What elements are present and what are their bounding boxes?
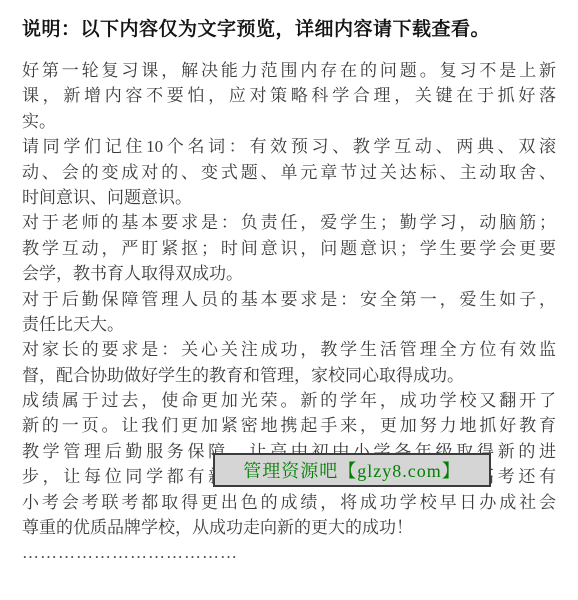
text-line: 尊重的优质品牌学校，从成功走向新的更大的成功！ bbox=[22, 515, 556, 540]
text-line: 会学，教书育人取得双成功。 bbox=[22, 261, 556, 286]
document-preview-page: 说明：以下内容仅为文字预览，详细内容请下载查看。 好第一轮复习课，解决能力范围内… bbox=[0, 0, 578, 600]
text-line: 小考会考联考都取得更出色的成绩，将成功学校早日办成社会 bbox=[22, 490, 556, 515]
text-line: 对家长的要求是：关心关注成功，教学生活管理全方位有效监 bbox=[22, 337, 556, 362]
site-watermark-label: 管理资源吧【glzy8.com】 bbox=[243, 457, 460, 483]
text-line: 教学互动，严盯紧抠；时间意识，问题意识；学生要学会更要 bbox=[22, 236, 556, 261]
preview-notice-heading: 说明：以下内容仅为文字预览，详细内容请下载查看。 bbox=[22, 16, 556, 44]
text-line: 责任比天大。 bbox=[22, 312, 556, 337]
text-line: 新的一页。让我们更加紧密地携起手来，更加努力地抓好教育 bbox=[22, 413, 556, 438]
text-line: 实。 bbox=[22, 109, 556, 134]
text-line: 请同学们记住10个名词：有效预习、教学互动、两典、双滚 bbox=[22, 134, 556, 159]
text-line: 动、会的变成对的、变式题、单元章节过关达标、主动取舍、 bbox=[22, 160, 556, 185]
document-body-text: 好第一轮复习课，解决能力范围内存在的问题。复习不是上新 课，新增内容不要怕，应对… bbox=[22, 58, 556, 566]
ellipsis-line: ……………………………… bbox=[22, 540, 556, 565]
text-line: 对于老师的基本要求是：负责任，爱学生；勤学习，动脑筋； bbox=[22, 210, 556, 235]
text-line: 对于后勤保障管理人员的基本要求是：安全第一，爱生如子， bbox=[22, 287, 556, 312]
text-line: 好第一轮复习课，解决能力范围内存在的问题。复习不是上新 bbox=[22, 58, 556, 83]
text-line: 课，新增内容不要怕，应对策略科学合理，关键在于抓好落 bbox=[22, 83, 556, 108]
site-watermark-overlay: 管理资源吧【glzy8.com】 bbox=[213, 453, 491, 487]
text-line: 时间意识、问题意识。 bbox=[22, 185, 556, 210]
text-line: 督，配合协助做好学生的教育和管理，家校同心取得成功。 bbox=[22, 363, 556, 388]
text-line: 成绩属于过去，使命更加光荣。新的学年，成功学校又翻开了 bbox=[22, 388, 556, 413]
